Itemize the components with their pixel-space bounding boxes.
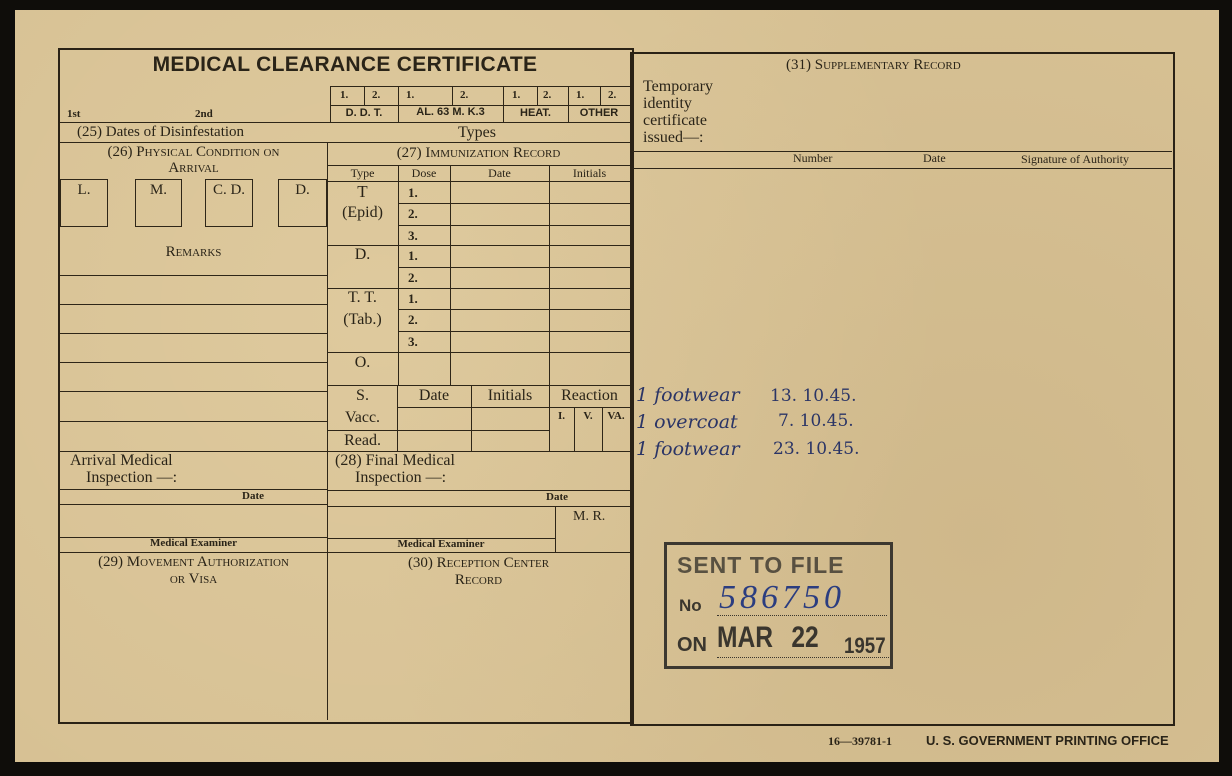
physical-condition-heading: (26) Physical Condition on [60,145,327,160]
remarks-line[interactable] [60,333,327,334]
other-label: OTHER [568,108,630,119]
dose: 1. [408,292,418,305]
dose: 2. [408,271,418,284]
remarks-line[interactable] [60,304,327,305]
mr-label: M. R. [573,510,605,524]
final-label-1: (28) Final Medical [335,453,455,469]
heat-sub-2: 2. [543,90,551,101]
reception-label-1: (30) Reception Center [327,556,630,571]
other-sub-1: 1. [576,90,584,101]
dose: 2. [408,313,418,326]
arrival-examiner-label: Medical Examiner [60,538,327,549]
smallpox-read: Read. [327,433,398,449]
dose: 3. [408,335,418,348]
ddt-sub-2: 2. [372,90,380,101]
al63-sub-2: 2. [460,90,468,101]
col-date: Date [450,167,549,179]
entry-item: 1 footwear [636,440,740,459]
type-d: D. [327,247,398,263]
temp-id-2: identity [643,96,692,112]
column-divider [327,142,328,720]
remarks-line[interactable] [60,421,327,422]
condition-box-l[interactable]: L. [60,179,108,227]
arrival-date-label: Date [242,491,264,502]
type-t: T [327,183,398,200]
stamp-title: SENT TO FILE [677,554,844,577]
al63-label: AL. 63 M. K.3 [398,107,503,118]
type-o: O. [327,355,398,371]
entry-date: 7. 10.45. [778,413,854,430]
temp-id-4: issued—: [643,130,703,146]
dose: 3. [408,229,418,242]
condition-box-m[interactable]: M. [135,179,182,227]
condition-box-d[interactable]: D. [278,179,327,227]
smallpox-vacc: Vacc. [327,410,398,426]
entry-date: 13. 10.45. [770,388,857,405]
immunization-heading: (27) Immunization Record [327,146,630,161]
arrival-label-2: Inspection —: [86,470,177,486]
smallpox-s: S. [327,388,398,404]
final-label-2: Inspection —: [355,470,446,486]
form-title: MEDICAL CLEARANCE CERTIFICATE [60,54,630,75]
entry-item: 1 footwear [636,386,740,405]
heat-sub-1: 1. [512,90,520,101]
stamp-date: MAR 22 [717,623,819,653]
stamp-year: 1957 [844,635,886,657]
reaction-i: I. [549,411,574,422]
col-initials: Initials [549,167,630,179]
first-label: 1st [67,109,80,120]
al63-sub-1: 1. [406,90,414,101]
temp-id-1: Temporary [643,79,713,95]
final-date-label: Date [546,492,568,503]
reception-label-2: Record [327,573,630,588]
entry-date: 23. 10.45. [773,441,860,458]
arrival-label-1: Arrival Medical [70,453,173,469]
smallpox-initials: Initials [471,388,549,404]
physical-condition-heading-2: Arrival [60,161,327,176]
stamp-number: 586750 [719,581,845,615]
other-sub-2: 2. [608,90,616,101]
remarks-line[interactable] [60,275,327,276]
dose: 1. [408,249,418,262]
movement-label-2: or Visa [60,572,327,587]
movement-label-1: (29) Movement Authorization [60,555,327,570]
type-tab: (Tab.) [327,312,398,328]
col-date: Date [923,152,946,164]
divider [60,552,630,553]
type-tt: T. T. [327,290,398,306]
remarks-label: Remarks [60,245,327,260]
entry-item: 1 overcoat [636,413,738,432]
ddt-sub-1: 1. [340,90,348,101]
smallpox-reaction: Reaction [549,388,630,404]
heat-label: HEAT. [503,108,568,119]
reaction-v: V. [574,411,602,422]
final-examiner-label: Medical Examiner [327,539,555,550]
sent-to-file-stamp: SENT TO FILE No 586750 ON MAR 22 1957 [664,542,893,669]
form-number: 16—39781-1 [828,735,892,747]
condition-box-cd[interactable]: C. D. [205,179,253,227]
stamp-on-label: ON [677,635,707,655]
remarks-line[interactable] [60,362,327,363]
type-epid: (Epid) [327,205,398,221]
ddt-label: D. D. T. [330,108,398,119]
col-dose: Dose [398,167,450,179]
dose: 1. [408,186,418,199]
types-label: Types [458,125,496,141]
printer-label: U. S. GOVERNMENT PRINTING OFFICE [926,734,1169,747]
dose: 2. [408,207,418,220]
supplementary-heading: (31) Supplementary Record [786,58,961,73]
remarks-line[interactable] [60,391,327,392]
col-number: Number [793,152,832,164]
temp-id-3: certificate [643,113,707,129]
smallpox-date: Date [397,388,471,404]
col-signature: Signature of Authority [1021,153,1129,165]
second-label: 2nd [195,109,213,120]
col-type: Type [327,167,398,179]
reaction-va: VA. [602,411,630,422]
disinfestation-heading: (25) Dates of Disinfestation [77,125,244,140]
stamp-no-label: No [679,597,702,614]
